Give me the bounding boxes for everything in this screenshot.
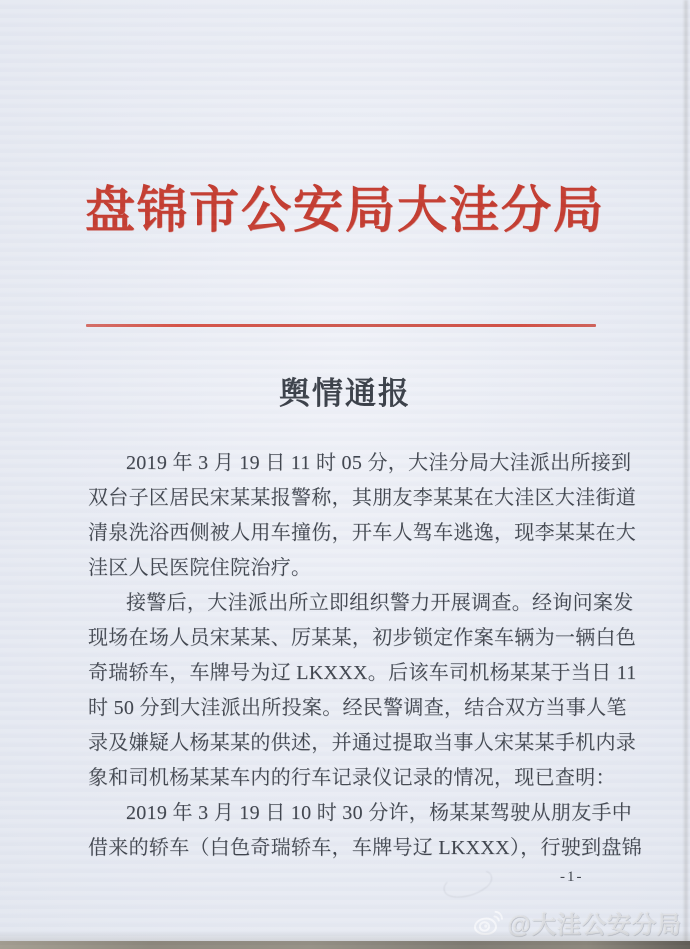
page-number: -1- [560, 869, 584, 886]
body-line: 现场在场人员宋某某、厉某某，初步锁定作案车辆为一辆白色 [88, 621, 600, 656]
body-line: 时 50 分到大洼派出所投案。经民警调查，结合双方当事人笔 [88, 691, 600, 726]
body-line: 清泉洗浴西侧被人用车撞伤，开车人驾车逃逸，现李某某在大 [88, 516, 600, 551]
body-line: 借来的轿车（白色奇瑞轿车，车牌号辽 LKXXX），行驶到盘锦 [88, 831, 600, 866]
scan-edge-right-shadow [683, 0, 688, 949]
scan-edge-bottom-shadow [0, 941, 690, 949]
body-line: 2019 年 3 月 19 日 10 时 30 分许，杨某某驾驶从朋友手中 [88, 796, 600, 831]
body-line: 双台子区居民宋某某报警称，其朋友李某某在大洼区大洼街道 [88, 481, 600, 516]
body-line: 洼区人民医院住院治疗。 [88, 551, 600, 586]
scan-smudge [441, 866, 495, 901]
document-title: 舆情通报 [0, 368, 690, 413]
scanned-document-page: 盘锦市公安局大洼分局 舆情通报 2019 年 3 月 19 日 11 时 05 … [0, 0, 690, 949]
body-line: 接警后，大洼派出所立即组织警力开展调查。经询问案发 [88, 586, 600, 621]
body-line: 录及嫌疑人杨某某的供述，并通过提取当事人宋某某手机内录 [88, 726, 600, 761]
body-line: 奇瑞轿车，车牌号为辽 LKXXX。后该车司机杨某某于当日 11 [88, 656, 600, 691]
body-line: 象和司机杨某某车内的行车记录仪记录的情况，现已查明： [88, 761, 600, 796]
document-body: 2019 年 3 月 19 日 11 时 05 分，大洼分局大洼派出所接到双台子… [88, 446, 600, 866]
letterhead-title: 盘锦市公安局大洼分局 [0, 170, 690, 242]
body-line: 2019 年 3 月 19 日 11 时 05 分，大洼分局大洼派出所接到 [88, 446, 600, 481]
letterhead-divider-line [86, 324, 596, 327]
